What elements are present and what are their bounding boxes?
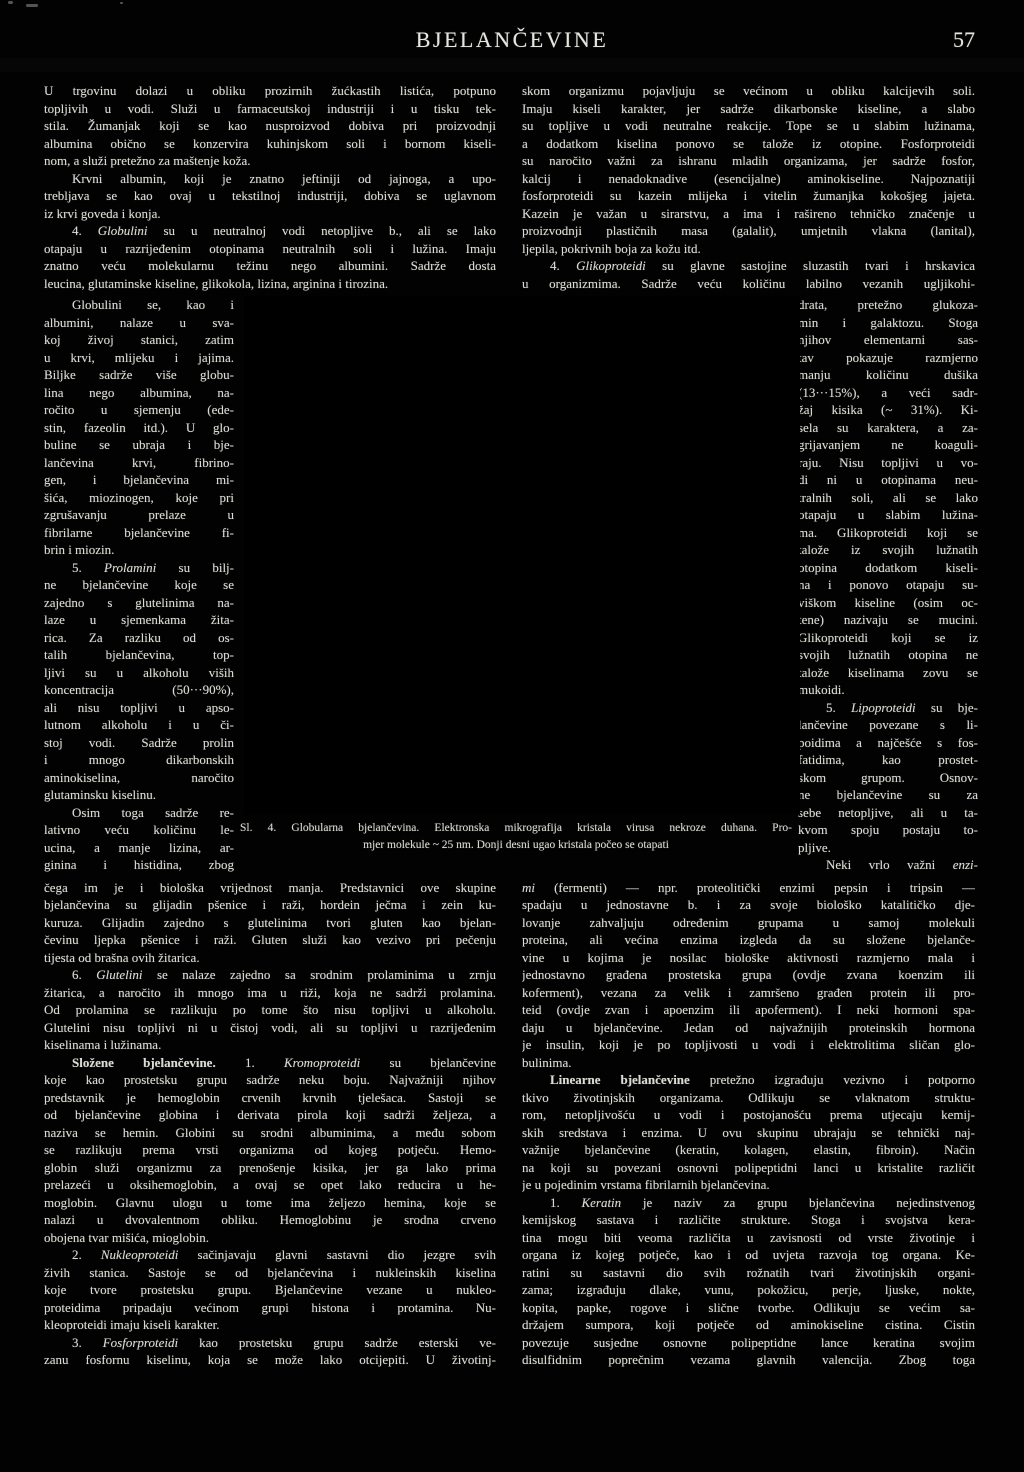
text-line: stin, fazeolin itd.). U glo- bbox=[44, 419, 234, 437]
text-line: grijavanjem ne koaguli- bbox=[798, 436, 978, 454]
text-line: Glikoproteidi koji se iz bbox=[798, 629, 978, 647]
text-line: fatidima, kao prostet- bbox=[798, 751, 978, 769]
text-line: tralnih soli, ali se lako bbox=[798, 489, 978, 507]
text-line: prelazeći u oksihemoglobin, a ovaj se op… bbox=[44, 1176, 496, 1194]
text-line: tina mogu biti veoma različita u zavisno… bbox=[522, 1229, 975, 1247]
figure-caption: Sl. 4. Globularna bjelančevina. Elektron… bbox=[240, 820, 792, 854]
text-line: tene) nazivaju se mucini. bbox=[798, 611, 978, 629]
text-line: Složene bjelančevine. 1. Kromoproteidi s… bbox=[44, 1054, 496, 1072]
text-line: albumina obično se konzervira kuhinjskom… bbox=[44, 135, 496, 153]
text-line: glutaminsku kiselinu. bbox=[44, 786, 234, 804]
text-line: proteidima pripadaju većinom grupi histo… bbox=[44, 1299, 496, 1317]
text-line: zajedno s glutelinima na- bbox=[44, 594, 234, 612]
figure-caption-line2: mjer molekule ~ 25 nm. Donji desni ugao … bbox=[240, 837, 792, 854]
text-line: albumini, nalaze u sva- bbox=[44, 314, 234, 332]
text-line: jednostavno građena prostetska grupa (ov… bbox=[522, 966, 975, 984]
text-line: bjelančevina su glijadin pšenice i raži,… bbox=[44, 896, 496, 914]
text-line: je u pojedinim vrstama fibrilarnih bjela… bbox=[522, 1176, 975, 1194]
text-line: ratini su sastavni dio svih rožnatih tva… bbox=[522, 1264, 975, 1282]
right-column-top-text: skom organizmu pojavljuju se većinom u o… bbox=[522, 82, 975, 292]
text-line: i mnogo dikarbonskih bbox=[44, 751, 234, 769]
text-line: manju količinu dušika bbox=[798, 366, 978, 384]
text-line: talože kiselinama zovu se bbox=[798, 664, 978, 682]
text-line: viškom kiseline (osim oc- bbox=[798, 594, 978, 612]
text-line: Linearne bjelančevine pretežno izgrađuju… bbox=[522, 1071, 975, 1089]
text-line: obojena tvar mišića, mioglobin. bbox=[44, 1229, 496, 1247]
text-line: lativno veću količinu le- bbox=[44, 821, 234, 839]
figure-caption-line1: Sl. 4. Globularna bjelančevina. Elektron… bbox=[240, 820, 792, 837]
text-line: kvom spoju postaju to- bbox=[798, 821, 978, 839]
text-line: ljepila, pokrivnih boja za kožu itd. bbox=[522, 240, 975, 258]
text-line: disulfidnim poprečnim vezama glavnih val… bbox=[522, 1351, 975, 1369]
text-line: svojih lužnatih otopina ne bbox=[798, 646, 978, 664]
text-line: Neki vrlo važni enzi- bbox=[798, 856, 978, 874]
text-line: čega im je i biološka vrijednost manja. … bbox=[44, 879, 496, 897]
text-line: gen, i bjelančevina mi- bbox=[44, 471, 234, 489]
text-line: a dodatkom kiselina ponovo se talože iz … bbox=[522, 135, 975, 153]
scanned-book-page: BJELANČEVINE 57 U trgovinu dolazi u obli… bbox=[0, 0, 1024, 1472]
text-line: lančevina krvi, fibrino- bbox=[44, 454, 234, 472]
text-line: zgrušavanju prelaze u bbox=[44, 506, 234, 524]
text-line: talih bjelančevina, top- bbox=[44, 646, 234, 664]
text-line: buline se ubraja i bje- bbox=[44, 436, 234, 454]
text-line: ljivi su u alkoholu viših bbox=[44, 664, 234, 682]
text-line: tkivo životinjskih organizama. Odlikuju … bbox=[522, 1089, 975, 1107]
text-line: koje tvore prostetsku grupu. Bjelančevin… bbox=[44, 1281, 496, 1299]
text-line: ročito u sjemenju (ede- bbox=[44, 401, 234, 419]
left-column-narrow-text: Globulini se, kao ialbumini, nalaze u sv… bbox=[44, 296, 234, 874]
text-line: zama; izgrađuju dlake, vunu, pokožicu, p… bbox=[522, 1281, 975, 1299]
text-line: na koji su povezani osnovni polipeptidni… bbox=[522, 1159, 975, 1177]
text-line: topljivih u vodi. Služi u farmaceutskoj … bbox=[44, 100, 496, 118]
text-line: trebljava se kao ovaj u tekstilnoj indus… bbox=[44, 187, 496, 205]
text-line: od bjelančevine globina i derivata pirol… bbox=[44, 1106, 496, 1124]
text-line: di ni u otopinama neu- bbox=[798, 471, 978, 489]
text-line: predstavnik je hemoglobin crvenih krvnih… bbox=[44, 1089, 496, 1107]
text-line: ali nisu topljivi u apso- bbox=[44, 699, 234, 717]
text-line: pljive. bbox=[798, 839, 978, 857]
text-line: Od prolamina se razlikuju po tome što ni… bbox=[44, 1001, 496, 1019]
page-header-title: BJELANČEVINE bbox=[0, 27, 1024, 53]
text-line: kemijskog sastava i različite strukture.… bbox=[522, 1211, 975, 1229]
text-line: ne bjelančevine su za bbox=[798, 786, 978, 804]
electron-micrograph-figure bbox=[244, 296, 800, 815]
text-line: lina nego albumina, na- bbox=[44, 384, 234, 402]
text-line: stila. Žumanjak koji se kao nusproizvod … bbox=[44, 117, 496, 135]
text-line: Kazein je važan u sirarstvu, a ima i raš… bbox=[522, 205, 975, 223]
text-line: skom organizmu pojavljuju se većinom u o… bbox=[522, 82, 975, 100]
right-column-narrow-text: drata, pretežno glukoza-min i galaktozu.… bbox=[798, 296, 978, 874]
text-line: kleoproteidi imaju kiseli karakter. bbox=[44, 1316, 496, 1334]
text-line: Imaju kiseli karakter, jer sadrže dikarb… bbox=[522, 100, 975, 118]
text-line: bulinima. bbox=[522, 1054, 975, 1072]
text-line: stoj vodi. Sadrže prolin bbox=[44, 734, 234, 752]
text-line: su topljive u vodi neutralne reakcije. T… bbox=[522, 117, 975, 135]
text-line: 6. Glutelini se nalaze zajedno sa srodni… bbox=[44, 966, 496, 984]
text-line: lančevine povezane s li- bbox=[798, 716, 978, 734]
text-line: živih stanica. Sastoje se od bjelančevin… bbox=[44, 1264, 496, 1282]
scan-artifact-band bbox=[0, 58, 1024, 72]
text-line: globin služi organizmu za prenošenje kis… bbox=[44, 1159, 496, 1177]
text-line: 4. Glikoproteidi su glavne sastojine slu… bbox=[522, 257, 975, 275]
text-line: 3. Fosforproteidi kao prostetsku grupu s… bbox=[44, 1334, 496, 1352]
text-line: kuruza. Glijadin zajedno s glutelinima t… bbox=[44, 914, 496, 932]
text-line: mukoidi. bbox=[798, 681, 978, 699]
text-line: spadaju u jednostavne b. i za svoje biol… bbox=[522, 896, 975, 914]
text-line: daju u bjelančevine. Jedan od najvažniji… bbox=[522, 1019, 975, 1037]
text-line: je insulin, koji je po topljivosti u vod… bbox=[522, 1036, 975, 1054]
text-line: leucina, glutaminske kiseline, glikokola… bbox=[44, 275, 496, 293]
text-line: rica. Za razliku od os- bbox=[44, 629, 234, 647]
text-line: lutnom alkoholu i u či- bbox=[44, 716, 234, 734]
text-line: raju. Nisu topljivi u vo- bbox=[798, 454, 978, 472]
text-line: naziva se hemin. Globini su srodni album… bbox=[44, 1124, 496, 1142]
text-line: držajem sumpora, koji potječe od aminoki… bbox=[522, 1316, 975, 1334]
text-line: lovanje zahvaljuju određenim grupama u s… bbox=[522, 914, 975, 932]
text-line: otapaju u razrijeđenim otopinama neutral… bbox=[44, 240, 496, 258]
text-line: na i ponovo otapaju su- bbox=[798, 576, 978, 594]
text-line: kopita, papke, rogove i slične tvorbe. O… bbox=[522, 1299, 975, 1317]
text-line: moglobin. Glavnu ulogu u tome ima željez… bbox=[44, 1194, 496, 1212]
text-line: koncentracija (50···90%), bbox=[44, 681, 234, 699]
scan-dust-speck bbox=[8, 1, 13, 4]
text-line: rom, netopljivošću u vodi i postojanošću… bbox=[522, 1106, 975, 1124]
text-line: otopina dodatkom kiseli- bbox=[798, 559, 978, 577]
text-line: 5. Lipoproteidi su bje- bbox=[798, 699, 978, 717]
text-line: laze u sjemenkama žita- bbox=[44, 611, 234, 629]
text-line: fosforproteidi su kazein mlijeka i vitel… bbox=[522, 187, 975, 205]
text-line: nom, a služi pretežno za maštenje koža. bbox=[44, 152, 496, 170]
text-line: poidima a najčešće s fos- bbox=[798, 734, 978, 752]
text-line: Globulini se, kao i bbox=[44, 296, 234, 314]
text-line: u krvi, mlijeku i jajima. bbox=[44, 349, 234, 367]
text-line: ginina i histidina, zbog bbox=[44, 856, 234, 874]
scan-dust-speck bbox=[26, 4, 38, 7]
text-line: žaj kisika (~ 31%). Ki- bbox=[798, 401, 978, 419]
text-line: ucina, a manje lizina, ar- bbox=[44, 839, 234, 857]
text-line: se razlikuju prema vrsti organizma od ko… bbox=[44, 1141, 496, 1159]
text-line: zanu fosfornu kiselinu, koja se može lak… bbox=[44, 1351, 496, 1369]
text-line: tijesta od brašna ovih žitarica. bbox=[44, 949, 496, 967]
text-line: povezuje susjedne osnovne polipeptidne l… bbox=[522, 1334, 975, 1352]
text-line: kalcij i nenadoknadive (esencijalne) ami… bbox=[522, 170, 975, 188]
text-line: 1. Keratin je naziv za grupu bjelančevin… bbox=[522, 1194, 975, 1212]
text-line: žitarica, a naročito ih mnogo ima u riži… bbox=[44, 984, 496, 1002]
text-line: nalazi u dvovalentnom obliku. Hemoglobin… bbox=[44, 1211, 496, 1229]
text-line: koje kao prostetsku grupu sadrže neku bo… bbox=[44, 1071, 496, 1089]
text-line: brin i miozin. bbox=[44, 541, 234, 559]
text-line: mi (fermenti) — npr. proteolitički enzim… bbox=[522, 879, 975, 897]
text-line: važnije bjelančevine (keratin, kolagen, … bbox=[522, 1141, 975, 1159]
text-line: ma. Glikoproteidi koji se bbox=[798, 524, 978, 542]
text-line: organa iz kojeg potječe, kao i od uvjeta… bbox=[522, 1246, 975, 1264]
text-line: aminokiselina, naročito bbox=[44, 769, 234, 787]
text-line: talože iz svojih lužnatih bbox=[798, 541, 978, 559]
text-line: iz krvi goveda i konja. bbox=[44, 205, 496, 223]
text-line: koj živoj stanici, zatim bbox=[44, 331, 234, 349]
scan-dust-speck bbox=[120, 2, 123, 4]
text-line: teid (ovdje zvan i apoenzim ili apoferme… bbox=[522, 1001, 975, 1019]
text-line: 2. Nukleoproteidi sačinjavaju glavni sas… bbox=[44, 1246, 496, 1264]
text-line: Osim toga sadrže re- bbox=[44, 804, 234, 822]
text-line: čevinu ljepka pšenice i raži. Gluten slu… bbox=[44, 931, 496, 949]
text-line: U trgovinu dolazi u obliku prozirnih žuć… bbox=[44, 82, 496, 100]
text-line: Biljke sadrže više globu- bbox=[44, 366, 234, 384]
text-line: skih sredstava i enzima. U ovu skupinu u… bbox=[522, 1124, 975, 1142]
text-line: njihov elementarni sas- bbox=[798, 331, 978, 349]
text-line: sebe netopljive, ali u ta- bbox=[798, 804, 978, 822]
text-line: ne bjelančevine koje se bbox=[44, 576, 234, 594]
text-line: proizvodnji plastičnih masa (galalit), u… bbox=[522, 222, 975, 240]
text-line: Krvni albumin, koji je znatno jeftiniji … bbox=[44, 170, 496, 188]
text-line: 5. Prolamini su bilj- bbox=[44, 559, 234, 577]
text-line: (13···15%), a veći sadr- bbox=[798, 384, 978, 402]
text-line: znatno veću molekularnu težinu nego albu… bbox=[44, 257, 496, 275]
text-line: skom grupom. Osnov- bbox=[798, 769, 978, 787]
left-column-top-text: U trgovinu dolazi u obliku prozirnih žuć… bbox=[44, 82, 496, 292]
text-line: šića, miozinogen, koje pri bbox=[44, 489, 234, 507]
text-line: otapaju u slabim lužina- bbox=[798, 506, 978, 524]
text-line: su naročito važni za ishranu mladih orga… bbox=[522, 152, 975, 170]
text-line: kiselinama i lužinama. bbox=[44, 1036, 496, 1054]
left-column-bottom-text: čega im je i biološka vrijednost manja. … bbox=[44, 879, 496, 1369]
text-line: tav pokazuje razmjerno bbox=[798, 349, 978, 367]
text-line: Glutelini nisu topljivi ni u čistoj vodi… bbox=[44, 1019, 496, 1037]
text-line: min i galaktozu. Stoga bbox=[798, 314, 978, 332]
text-line: 4. Globulini su u neutralnoj vodi netopl… bbox=[44, 222, 496, 240]
page-number: 57 bbox=[880, 27, 975, 53]
text-line: u organizmima. Sadrže veću količinu labi… bbox=[522, 275, 975, 293]
text-line: sela su karaktera, a za- bbox=[798, 419, 978, 437]
text-line: proteina, ali većina enzima izgleda da s… bbox=[522, 931, 975, 949]
text-line: fibrilarne bjelančevine fi- bbox=[44, 524, 234, 542]
text-line: vine u kojima je nosilac biološke aktivn… bbox=[522, 949, 975, 967]
text-line: drata, pretežno glukoza- bbox=[798, 296, 978, 314]
text-line: koferment), vezana za velik i zamršeno g… bbox=[522, 984, 975, 1002]
right-column-bottom-text: mi (fermenti) — npr. proteolitički enzim… bbox=[522, 879, 975, 1369]
